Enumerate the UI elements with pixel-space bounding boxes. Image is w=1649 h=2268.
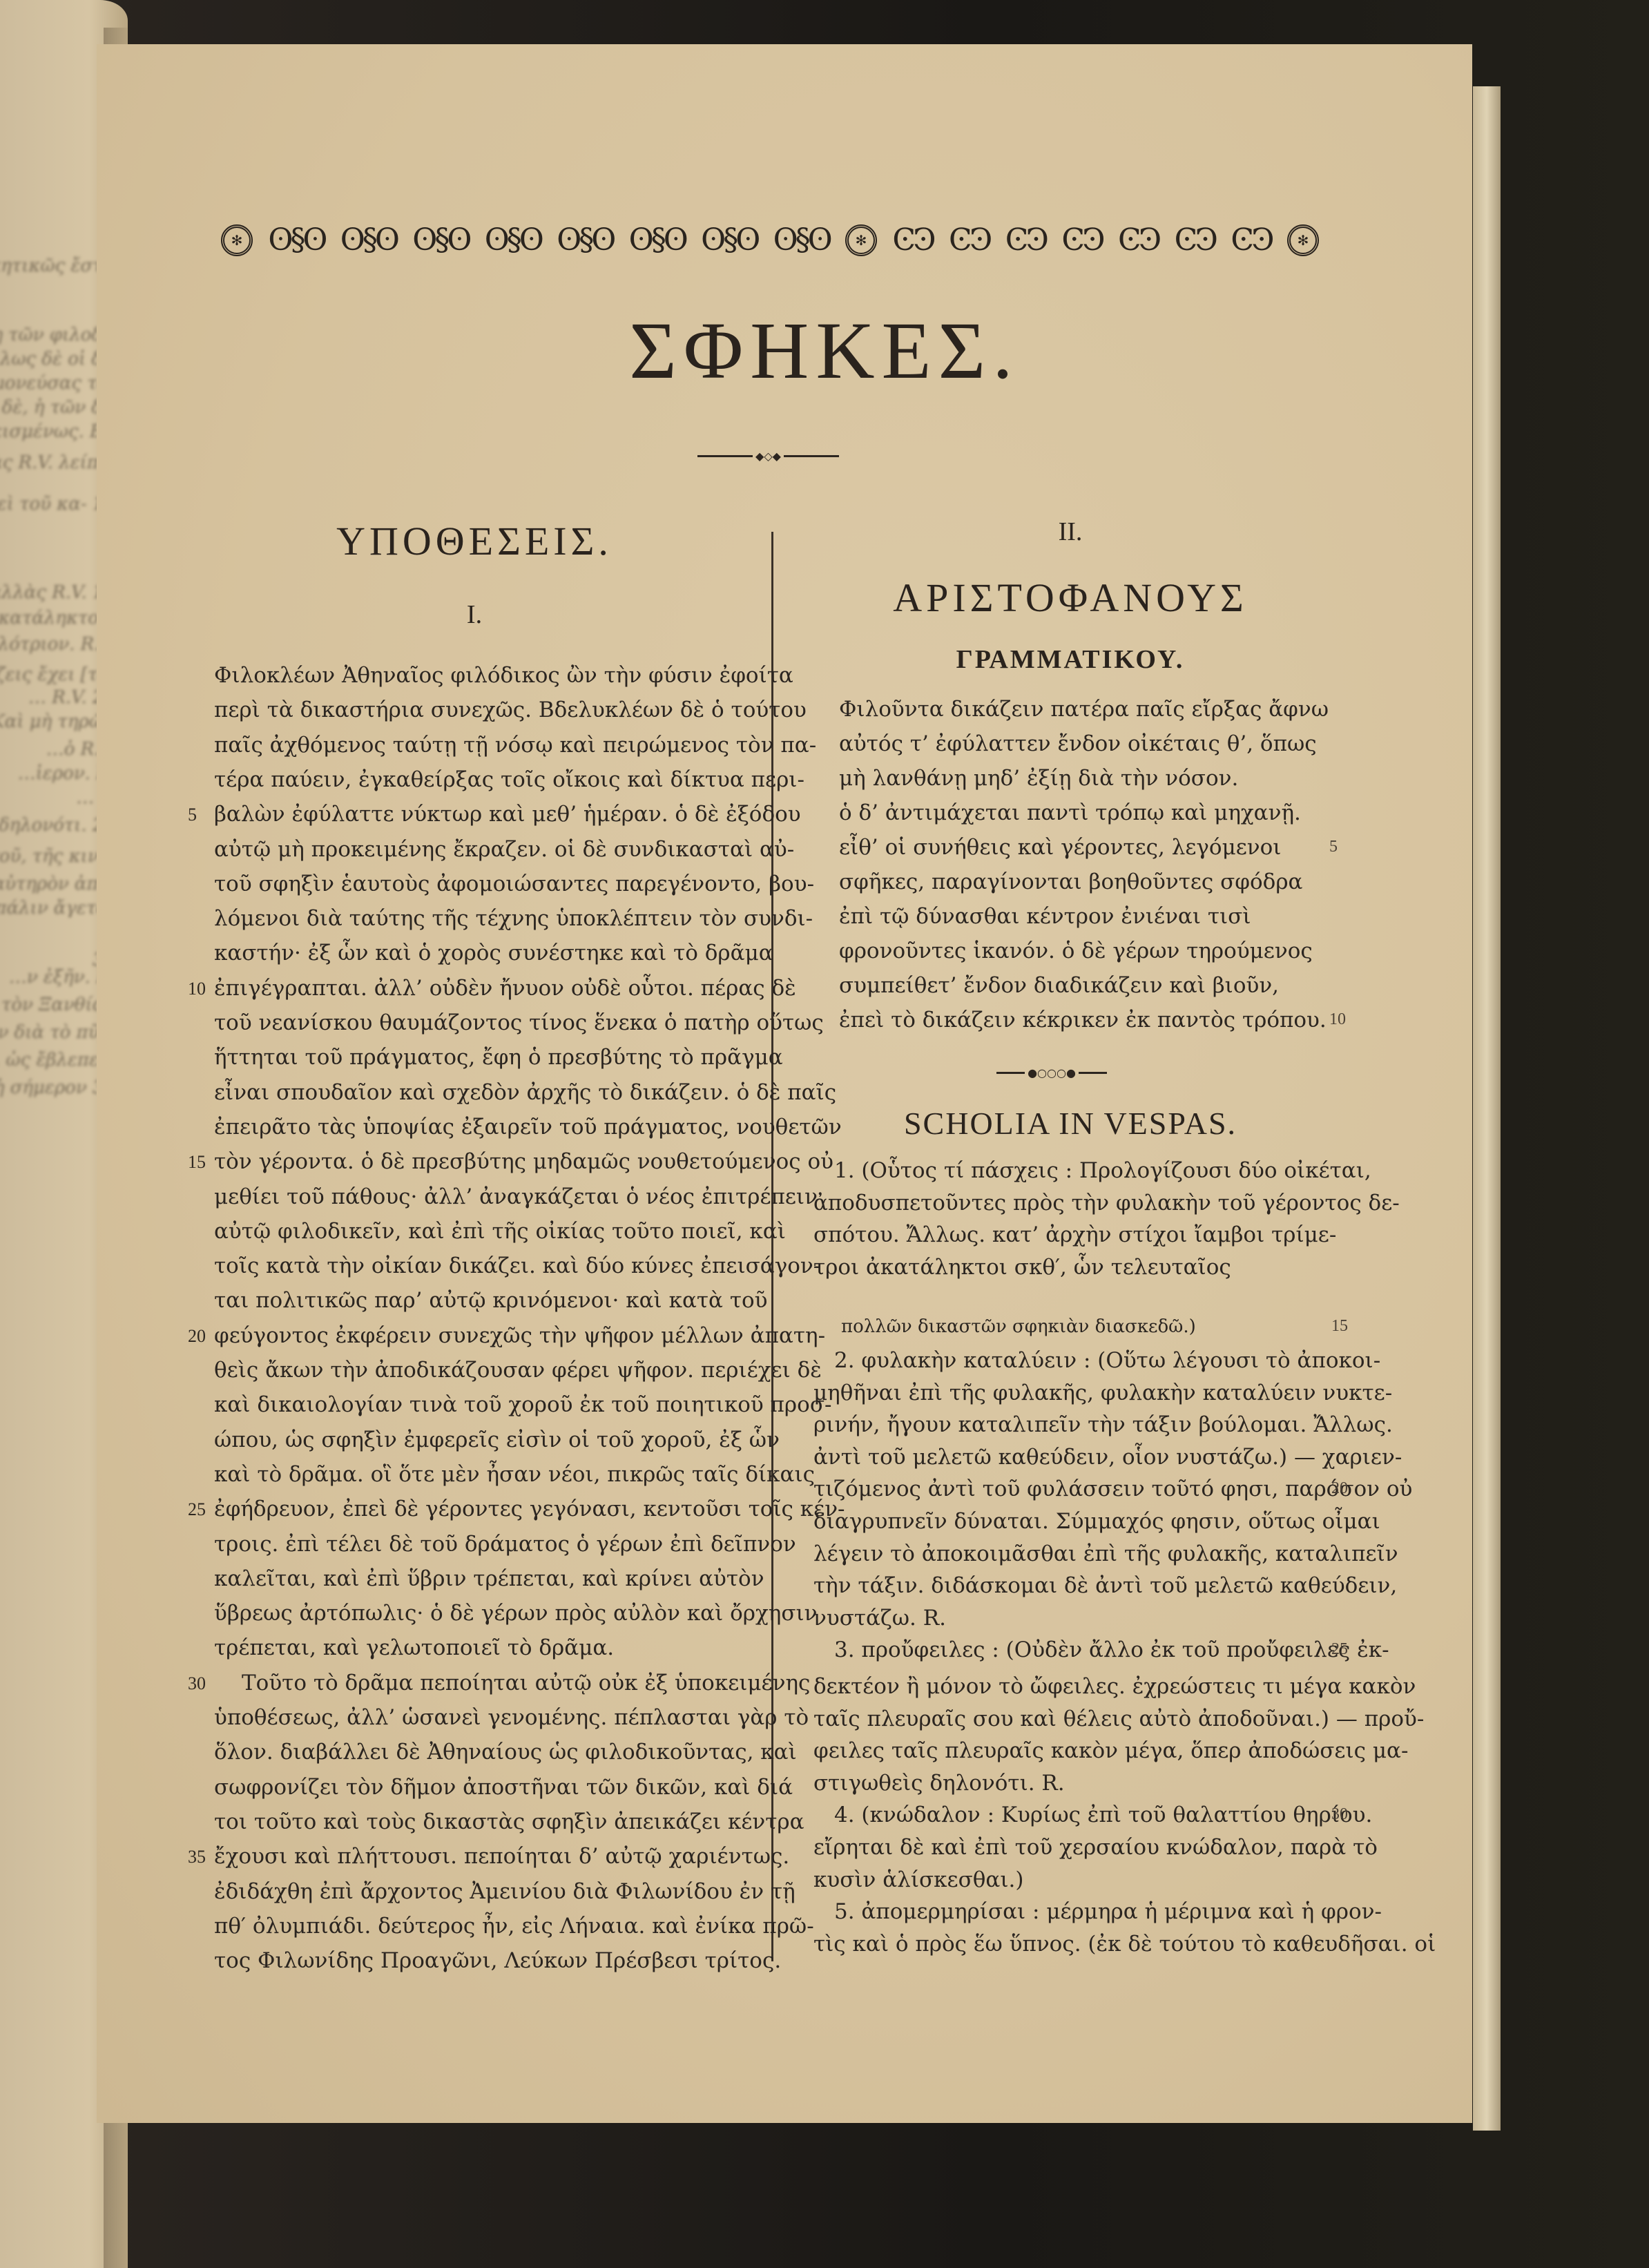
line-number: 5	[188, 805, 197, 825]
verse-line: εἶθ’ οἱ συνήθεις καὶ γέροντες, λεγόμενοι	[839, 834, 1281, 861]
prose-line: παῖς ἀχθόμενος ταύτῃ τῇ νόσῳ καὶ πειρώμε…	[214, 731, 763, 759]
prose-line: τροις. ἐπὶ τέλει δὲ τοῦ δράματος ὁ γέρων…	[214, 1530, 763, 1558]
verse-line: συμπείθετ’ ἔνδον διαδικάζειν καὶ βιοῦν,	[839, 972, 1279, 999]
prose-line: καὶ τὸ δρᾶμα. οἳ ὅτε μὲν ἦσαν νέοι, πικρ…	[214, 1461, 763, 1488]
prose-line: καλεῖται, καὶ ἐπὶ ὕβριν τρέπεται, καὶ κρ…	[214, 1565, 763, 1593]
header-ornament-band: ✻ʘ§ʘʘ§ʘʘ§ʘʘ§ʘʘ§ʘʘ§ʘʘ§ʘʘ§ʘ✻ϾϿϾϿϾϿϾϿϾϿϾϿϾϿ…	[221, 220, 1319, 261]
scholia-line: 3. προὔφειλες : (Οὐδὲν ἄλλο ἐκ τοῦ προὔφ…	[834, 1636, 1324, 1664]
line-number: 15	[188, 1152, 206, 1173]
verse-line: φρονοῦντες ἱκανόν. ὁ δὲ γέρων τηρούμενος	[839, 937, 1313, 965]
prose-line: Τοῦτο τὸ δρᾶμα πεποίηται αὐτῷ οὐκ ἐξ ὑπο…	[242, 1669, 763, 1697]
scholia-flourish: ●○○○●	[996, 1068, 1107, 1077]
prose-line: τρέπεται, καὶ γελωτοποιεῖ τὸ δρᾶμα.	[214, 1634, 614, 1662]
prose-line: τοῦ σφηξὶν ἑαυτοὺς ἀφομοιώσαντες παρεγέν…	[214, 870, 763, 898]
prose-line: τος Φιλωνίδης Προαγῶνι, Λεύκων Πρέσβεσι …	[214, 1947, 781, 1974]
prose-line: πθ′ ὀλυμπιάδι. δεύτερος ἦν, εἰς Λήναια. …	[214, 1912, 763, 1940]
prose-line: εἶναι σπουδαῖον καὶ σχεδὸν ἀρχῆς τὸ δικά…	[214, 1079, 763, 1106]
scroll-ornament-icon: ʘ§ʘ	[557, 225, 613, 256]
rosette-icon: ✻	[845, 224, 877, 256]
scholia-line: κυσὶν ἁλίσκεσθαι.)	[813, 1866, 1023, 1894]
rosette-icon: ✻	[1287, 224, 1319, 256]
scholia-line: εἴρηται δὲ καὶ ἐπὶ τοῦ χερσαίου κνώδαλον…	[813, 1834, 1324, 1861]
scholia-line: 4. (κνώδαλον : Κυρίως ἐπὶ τοῦ θαλαττίου …	[834, 1801, 1324, 1829]
aristophanes-heading: ΑΡΙΣΤΟΦΑΝΟΥΣ	[794, 575, 1347, 621]
scholia-line: μηθῆναι ἐπὶ τῆς φυλακῆς, φυλακὴν καταλύε…	[813, 1379, 1324, 1407]
flourish-knot-icon: ◆◇◆	[755, 450, 781, 463]
verse-line: Φιλοῦντα δικάζειν πατέρα παῖς εἴρξας ἄφν…	[839, 695, 1329, 723]
scholia-line: ἀποδυσπετοῦντες πρὸς τὴν φυλακὴν τοῦ γέρ…	[813, 1189, 1324, 1217]
prose-line: ώπου, ὡς σφηξὶν ἐμφερεῖς εἰσὶν οἱ τοῦ χο…	[214, 1426, 763, 1454]
line-number: 10	[1329, 1010, 1346, 1029]
scroll-ornament-icon: ϾϿ	[1005, 225, 1046, 256]
prose-line: ἐδιδάχθη ἐπὶ ἄρχοντος Ἀμεινίου διὰ Φιλων…	[214, 1878, 763, 1905]
scroll-ornament-icon: ϾϿ	[1061, 225, 1102, 256]
hypotheses-heading: ΥΠΟΘΕΣΕΙΣ.	[181, 518, 768, 564]
scroll-ornament-icon: ʘ§ʘ	[629, 225, 686, 256]
scholia-line: τροι ἀκατάληκτοι σκθ′, ὧν τελευταῖος	[813, 1253, 1231, 1281]
verse-line: ὁ δ’ ἀντιμάχεται παντὶ τρόπῳ καὶ μηχανῇ.	[839, 799, 1301, 827]
prose-line: ἐφήδρευον, ἐπεὶ δὲ γέροντες γεγόνασι, κε…	[214, 1495, 763, 1523]
scroll-ornament-icon: ϾϿ	[949, 225, 990, 256]
verse-line: μὴ λανθάνῃ μηδ’ ἐξίῃ διὰ τὴν νόσον.	[839, 765, 1238, 792]
verse-line: σφῆκες, παραγίνονται βοηθοῦντες σφόδρα	[839, 868, 1303, 896]
verse-line: αὐτός τ’ ἐφύλαττεν ἔνδον οἰκέταις θ’, ὅπ…	[839, 730, 1317, 758]
line-number: 5	[1329, 838, 1338, 856]
line-number: 30	[188, 1673, 206, 1694]
verse-line: ἐπεὶ τὸ δικάζειν κέκρικεν ἐκ παντὸς τρόπ…	[839, 1006, 1327, 1034]
prose-line: τοι τοῦτο καὶ τοὺς δικαστὰς σφηξὶν ἀπεικ…	[214, 1808, 763, 1836]
flourish-dots-icon: ●○○○●	[1028, 1066, 1076, 1079]
prose-line: καὶ δικαιολογίαν τινὰ τοῦ χοροῦ ἐκ τοῦ π…	[214, 1391, 763, 1419]
scroll-ornament-icon: ʘ§ʘ	[485, 225, 541, 256]
prose-line: ὅλον. διαβάλλει δὲ Ἀθηναίους ὡς φιλοδικο…	[214, 1738, 763, 1766]
verse-line: ἐπὶ τῷ δύνασθαι κέντρον ἐνιέναι τισὶ	[839, 903, 1251, 930]
rosette-icon: ✻	[221, 224, 253, 256]
prose-line: Φιλοκλέων Ἀθηναῖος φιλόδικος ὢν τὴν φύσι…	[214, 662, 763, 689]
prose-line: μεθίει τοῦ πάθους· ἀλλ’ ἀναγκάζεται ὁ νέ…	[214, 1183, 763, 1211]
scholia-line: ρινήν, ἤγουν καταλιπεῖν τὴν τάξιν βούλομ…	[813, 1411, 1324, 1439]
title-flourish: ◆◇◆	[697, 451, 839, 461]
scholia-line: φειλες ταῖς πλευραῖς κακὸν μέγα, ὅπερ ἀπ…	[813, 1737, 1324, 1765]
line-number: 15	[1331, 1317, 1348, 1336]
prose-line: καστήν· ἐξ ὧν καὶ ὁ χορὸς συνέστηκε καὶ …	[214, 939, 763, 967]
scholia-line: 2. φυλακὴν καταλύειν : (Οὕτω λέγουσι τὸ …	[834, 1347, 1324, 1374]
scholia-heading: SCHOLIA IN VESPAS.	[794, 1105, 1347, 1142]
section-number-i: I.	[181, 599, 768, 630]
prose-line: ὑποθέσεως, ἀλλ’ ὡσανεὶ γενομένης. πέπλασ…	[214, 1704, 763, 1731]
prose-line: τέρα παύειν, ἐγκαθείρξας τοῖς οἴκοις καὶ…	[214, 766, 763, 794]
prose-line: λόμενοι διὰ ταύτης τῆς τέχνης ὑποκλέπτει…	[214, 905, 763, 932]
scroll-ornament-icon: ϾϿ	[892, 225, 933, 256]
line-number: 30	[1331, 1805, 1348, 1824]
scroll-ornament-icon: ʘ§ʘ	[773, 225, 830, 256]
section-number-ii: II.	[794, 517, 1347, 547]
prose-line: θεὶς ἄκων τὴν ἀποδικάζουσαν φέρει ψῆφον.…	[214, 1356, 763, 1384]
scroll-ornament-icon: ϾϿ	[1231, 225, 1271, 256]
prose-line: αὐτῷ μὴ προκειμένης ἔκραζεν. οἱ δὲ συνδι…	[214, 836, 763, 863]
scholia-line: 5. ἀπομερμηρίσαι : μέρμηρα ἡ μέριμνα καὶ…	[834, 1898, 1324, 1925]
scholia-line: 1. (Οὗτος τί πάσχεις : Προλογίζουσι δύο …	[834, 1157, 1324, 1184]
prose-line: ἔχουσι καὶ πλήττουσι. πεποίηται δ’ αὐτῷ …	[214, 1843, 763, 1870]
prose-line: τὸν γέροντα. ὁ δὲ πρεσβύτης μηδαμῶς νουθ…	[214, 1148, 763, 1175]
line-number: 35	[188, 1847, 206, 1867]
scroll-ornament-icon: ʘ§ʘ	[268, 225, 325, 256]
grammatikou-subheading: ΓΡΑΜΜΑΤΙΚΟΥ.	[794, 644, 1347, 675]
scholia-line: τιζόμενος ἀντὶ τοῦ φυλάσσειν τοῦτό φησι,…	[813, 1475, 1324, 1503]
line-number: 20	[1331, 1479, 1348, 1498]
scholia-line: ταῖς πλευραῖς σου καὶ θέλεις αὐτὸ ἀποδοῦ…	[813, 1705, 1324, 1733]
scholia-line: σπότου. Ἄλλως. κατ’ ἀρχὴν στίχοι ἴαμβοι …	[813, 1221, 1324, 1249]
scholia-line: τὶς καὶ ὁ πρὸς ἕω ὕπνος. (ἐκ δὲ τούτου τ…	[813, 1930, 1324, 1958]
line-number: 10	[188, 979, 206, 999]
scholia-line: ἀντὶ τοῦ μελετῶ καθεύδειν, οἷον νυστάζω.…	[813, 1443, 1324, 1471]
prose-line: φεύγοντος ἐκφέρειν συνεχῶς τὴν ψῆφον μέλ…	[214, 1322, 763, 1349]
scroll-ornament-icon: ϾϿ	[1118, 225, 1159, 256]
scholia-line: τὴν τάξιν. διδάσκομαι δὲ ἀντὶ τοῦ μελετῶ…	[813, 1572, 1324, 1599]
line-number: 20	[188, 1326, 206, 1347]
prose-line: περὶ τὰ δικαστήρια συνεχῶς. Βδελυκλέων δ…	[214, 696, 763, 724]
prose-line: ἐπειρᾶτο τὰς ὑποψίας ἐξαιρεῖν τοῦ πράγμα…	[214, 1113, 763, 1141]
scroll-ornament-icon: ʘ§ʘ	[340, 225, 397, 256]
scholia-line: δεκτέον ἢ μόνον τὸ ὤφειλες. ἐχρεώστεις τ…	[813, 1673, 1324, 1700]
prose-line: ἥττηται τοῦ πράγματος, ἔφη ὁ πρεσβύτης τ…	[214, 1044, 763, 1071]
prose-line: ὕβρεως ἀρτόπωλις· ὁ δὲ γέρων πρὸς αὐλὸν …	[214, 1599, 763, 1627]
prose-line: τοῦ νεανίσκου θαυμάζοντος τίνος ἕνεκα ὁ …	[214, 1009, 763, 1037]
scholia-line: πολλῶν δικαστῶν σφηκιὰν διασκεδῶ.)	[841, 1313, 1196, 1340]
scroll-ornament-icon: ʘ§ʘ	[412, 225, 469, 256]
prose-line: τοῖς κατὰ τὴν οἰκίαν δικάζει. καὶ δύο κύ…	[214, 1252, 763, 1280]
prose-line: ται πολιτικῶς παρ’ αὐτῷ κρινόμενοι· καὶ …	[214, 1287, 763, 1314]
scroll-ornament-icon: ϾϿ	[1175, 225, 1215, 256]
line-number: 25	[1331, 1640, 1348, 1659]
prose-line: αὐτῷ φιλοδικεῖν, καὶ ἐπὶ τῆς οἰκίας τοῦτ…	[214, 1218, 763, 1245]
scholia-line: λέγειν τὸ ἀποκοιμᾶσθαι ἐπὶ τῆς φυλακῆς, …	[813, 1540, 1324, 1568]
scholia-line: νυστάζω. R.	[813, 1604, 946, 1632]
prose-line: σωφρονίζει τὸν δῆμον ἀποστῆναι τῶν δικῶν…	[214, 1774, 763, 1801]
scholia-line: στιγωθεὶς δηλονότι. R.	[813, 1769, 1065, 1797]
prose-line: ἐπιγέγραπται. ἀλλ’ οὐδὲν ἤνυον οὐδὲ οὗτο…	[214, 974, 763, 1002]
scroll-ornament-icon: ʘ§ʘ	[701, 225, 758, 256]
line-number: 25	[188, 1499, 206, 1520]
scholia-line: διαγρυπνεῖν δύναται. Σύμμαχός φησιν, οὕτ…	[813, 1508, 1324, 1535]
page-title: ΣΦΗΚΕΣ.	[0, 304, 1649, 398]
prose-line: βαλὼν ἐφύλαττε νύκτωρ καὶ μεθ’ ἡμέραν. ὁ…	[214, 800, 763, 828]
